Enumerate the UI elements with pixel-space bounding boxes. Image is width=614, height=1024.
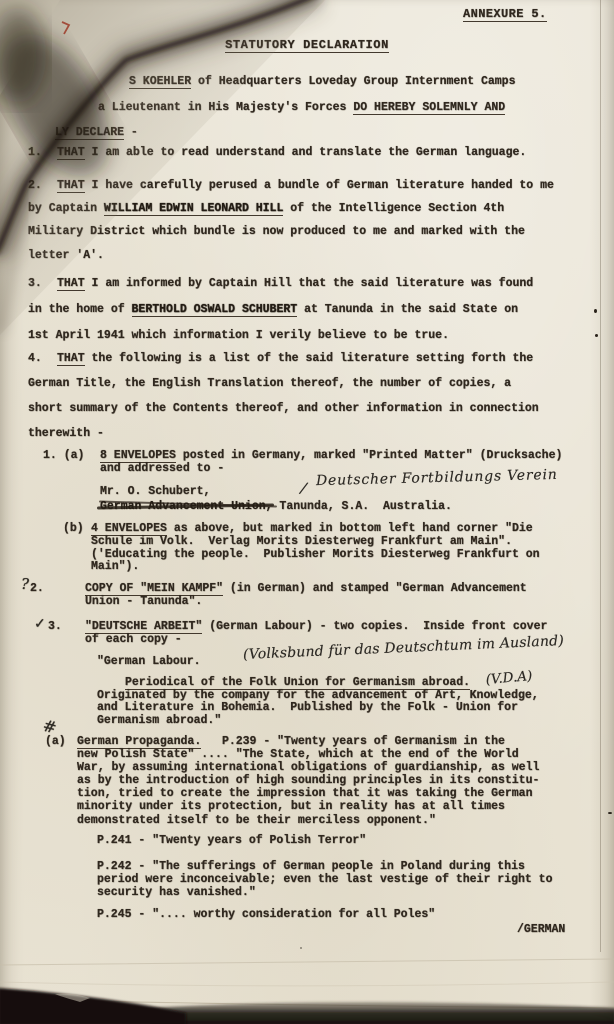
text-segment: Tanunda, S.A. Australia. xyxy=(273,500,452,513)
document-line: tion, tried to create the impression tha… xyxy=(45,787,539,800)
text-segment: by Captain xyxy=(28,202,104,215)
subject-name: BERTHOLD OSWALD SCHUBERT xyxy=(132,303,298,317)
document-line: demonstrated itself to be their merciles… xyxy=(45,814,539,827)
document-line: LY DECLARE - xyxy=(28,120,515,146)
text-segment: a Lieutenant in His Majesty's Forces xyxy=(98,101,353,114)
text-segment: of each copy - xyxy=(85,633,182,646)
text-segment: and Literature in Bohemia. Published by … xyxy=(97,701,518,714)
annexure-label: ANNEXURE 5. xyxy=(463,7,547,21)
document-line: Military District which bundle is now pr… xyxy=(28,220,554,243)
text-segment: P.239 - "Twenty years of Germanism in th… xyxy=(201,735,505,748)
declaration-3: 3.THAT I am informed by Captain Hill tha… xyxy=(28,271,533,349)
text-segment: as above, but marked in bottom left hand… xyxy=(167,522,533,535)
schedule-item-1b: (b)4 ENVELOPES as above, but marked in b… xyxy=(63,523,540,574)
ink-speck xyxy=(594,309,597,313)
translation-quote-block: "German Labour.(Volksbund für das Deutsc… xyxy=(97,656,539,728)
document-line: a Lieutenant in His Majesty's Forces DO … xyxy=(28,95,515,121)
handwritten-hash-mark: # xyxy=(42,719,58,735)
annexure-text: ANNEXURE 5. xyxy=(463,7,547,22)
text-segment: Mr. O. Schubert, xyxy=(100,485,210,498)
text-segment: Union - Tanunda". xyxy=(85,595,202,608)
document-line: Periodical of the Folk Union for Germani… xyxy=(97,675,539,690)
text-segment: (German Labour) - two copies. Inside fro… xyxy=(202,620,547,633)
captain-name: WILLIAM EDWIN LEONARD HILL xyxy=(104,202,283,216)
text-segment: Germanism abroad." xyxy=(97,714,221,727)
text-segment: of the Intelligence Section 4th xyxy=(283,202,504,215)
document-line: "German Labour.(Volksbund für das Deutsc… xyxy=(97,656,539,669)
document-line: 2.THAT I have carefully perused a bundle… xyxy=(28,174,554,197)
declaration-1: 1.THAT I am able to read understand and … xyxy=(28,146,526,160)
text-segment: at Tanunda in the said State on xyxy=(297,303,518,316)
list-label: (b) xyxy=(63,523,91,536)
document-line: War, by assuming international obligatio… xyxy=(45,761,539,774)
document-line: as by the introduction of high sounding … xyxy=(45,774,539,787)
text-segment: letter 'A'. xyxy=(28,249,104,262)
text-segment: German Propaganda. xyxy=(77,735,201,749)
text-segment: P.241 - "Twenty years of Polish Terror" xyxy=(97,834,366,847)
catchword-text: /GERMAN xyxy=(517,923,565,936)
item-number: 2. xyxy=(28,174,57,197)
text-segment: the following is a list of the said lite… xyxy=(85,352,534,365)
text-segment: posted in Germany, marked "Printed Matte… xyxy=(176,449,562,462)
text-segment: as by the introduction of high sounding … xyxy=(77,774,539,787)
document-line: Mr. O. Schubert,/Deutscher Fortbildungs … xyxy=(100,484,452,499)
text-segment: new Polish State" .... "The State, which… xyxy=(77,748,519,761)
handwritten-check-mark: ✓ xyxy=(34,618,46,631)
declaration-4: 4.THAT the following is a list of the sa… xyxy=(28,346,539,446)
text-segment: P.245 - ".... worthy consideration for a… xyxy=(97,908,435,921)
document-line: 1.THAT I am able to read understand and … xyxy=(28,146,526,160)
footer-catchword: /GERMAN xyxy=(517,923,565,936)
document-line: security has vanished." xyxy=(97,887,552,900)
text-segment: demonstrated itself to be their merciles… xyxy=(77,814,436,827)
title-text: STATUTORY DECLARATION xyxy=(225,38,389,53)
document-line: new Polish State" .... "The State, which… xyxy=(45,748,539,761)
document-line: 3.THAT I am informed by Captain Hill tha… xyxy=(28,271,533,297)
struck-out-text: German Advancement Union, xyxy=(100,500,273,513)
text-segment: (in German) and stamped "German Advancem… xyxy=(223,582,527,595)
list-label: 3. xyxy=(48,621,85,634)
handwritten-annotation-vda: (V.D.A) xyxy=(485,670,533,687)
schedule-item-2: ?2.COPY OF "MEIN KAMPF" (in German) and … xyxy=(30,583,527,609)
text-segment: - xyxy=(124,126,138,139)
document-line: Union - Tanunda". xyxy=(30,596,527,609)
paper-crease-line xyxy=(600,0,601,952)
schedule-item-3a: #(a)German Propaganda. P.239 - "Twenty y… xyxy=(45,735,539,827)
document-line: minority under its protection, but in re… xyxy=(45,800,539,813)
address-block: Mr. O. Schubert,/Deutscher Fortbildungs … xyxy=(100,484,452,514)
text-segment: THAT xyxy=(57,352,85,366)
document-line: 4.THAT the following is a list of the sa… xyxy=(28,346,539,371)
ink-speck xyxy=(595,334,598,337)
document-line: therewith - xyxy=(28,421,539,446)
bottom-edge-artifact xyxy=(0,944,614,1024)
text-segment: therewith - xyxy=(28,427,104,440)
page-ref-242: P.242 - "The sufferings of German people… xyxy=(97,861,552,899)
text-segment: THAT xyxy=(57,179,85,193)
document-line: German Title, the English Translation th… xyxy=(28,371,539,396)
list-label: 1. (a) xyxy=(43,450,100,463)
text-segment: security has vanished." xyxy=(97,886,256,899)
text-segment: in the home of xyxy=(28,303,132,316)
document-line: P.241 - "Twenty years of Polish Terror" xyxy=(97,834,366,847)
document-line: by Captain WILLIAM EDWIN LEONARD HILL of… xyxy=(28,197,554,220)
scanned-document-page: ANNEXURE 5. STATUTORY DECLARATION S KOEH… xyxy=(0,0,614,1024)
document-line: #(a)German Propaganda. P.239 - "Twenty y… xyxy=(45,735,539,748)
item-number: 3. xyxy=(28,271,57,297)
text-segment: THAT xyxy=(57,277,85,291)
declare-fragment: LY DECLARE xyxy=(55,126,124,140)
text-segment: and addressed to - xyxy=(100,462,224,475)
document-line: letter 'A'. xyxy=(28,244,554,267)
text-segment: Originated by the company for the advanc… xyxy=(97,689,539,702)
text-segment: 1st April 1941 which information I veril… xyxy=(28,329,449,342)
ink-speck xyxy=(608,812,612,814)
text-segment: I am able to read understand and transla… xyxy=(85,146,527,159)
item-number: 1. xyxy=(28,146,57,160)
list-label: 2. xyxy=(30,583,85,596)
document-line: German Advancement Union, Tanunda, S.A. … xyxy=(100,499,452,514)
ink-speck xyxy=(300,947,302,949)
text-segment: tion, tried to create the impression tha… xyxy=(77,787,532,800)
text-segment: short summary of the Contents thereof, a… xyxy=(28,402,539,415)
text-segment: I am informed by Captain Hill that the s… xyxy=(85,277,534,290)
page-ref-245: P.245 - ".... worthy consideration for a… xyxy=(97,908,435,921)
declaration-2: 2.THAT I have carefully perused a bundle… xyxy=(28,174,554,267)
document-line: Germanism abroad." xyxy=(97,715,539,728)
text-segment: "German Labour. xyxy=(97,655,201,668)
declarant-name-fragment: S KOEHLER xyxy=(129,75,191,89)
text-segment: THAT xyxy=(57,146,85,160)
text-segment: of Headquarters Loveday Group Internment… xyxy=(191,75,515,88)
document-line: S KOEHLER of Headquarters Loveday Group … xyxy=(28,69,515,95)
text-segment: period were inconceivable; even the last… xyxy=(97,873,552,886)
preamble: S KOEHLER of Headquarters Loveday Group … xyxy=(28,69,515,146)
text-segment: DO HEREBY SOLEMNLY AND xyxy=(353,101,505,115)
document-line: P.245 - ".... worthy consideration for a… xyxy=(97,908,435,921)
text-segment: Main"). xyxy=(91,560,139,573)
text-segment: minority under its protection, but in re… xyxy=(77,800,505,813)
document-title: STATUTORY DECLARATION xyxy=(0,38,614,52)
text-segment: German Title, the English Translation th… xyxy=(28,377,511,390)
document-line: short summary of the Contents thereof, a… xyxy=(28,396,539,421)
handwritten-question-mark: ? xyxy=(21,578,29,591)
text-segment: I have carefully perused a bundle of Ger… xyxy=(85,179,554,192)
list-label: (a) xyxy=(45,735,77,748)
red-pencil-speck xyxy=(62,22,69,34)
text-segment: ('Educating the people. Publisher Morits… xyxy=(91,548,540,561)
document-line: in the home of BERTHOLD OSWALD SCHUBERT … xyxy=(28,297,533,323)
text-segment: P.242 - "The sufferings of German people… xyxy=(97,860,525,873)
item-number: 4. xyxy=(28,346,57,371)
text-segment: War, by assuming international obligatio… xyxy=(77,761,539,774)
text-segment: Military District which bundle is now pr… xyxy=(28,225,525,238)
document-line: Main"). xyxy=(63,561,540,574)
handwritten-slash: / xyxy=(300,481,308,497)
text-segment: Schule im Volk. Verlag Morits Diesterweg… xyxy=(91,535,512,548)
page-ref-241: P.241 - "Twenty years of Polish Terror" xyxy=(97,834,366,847)
